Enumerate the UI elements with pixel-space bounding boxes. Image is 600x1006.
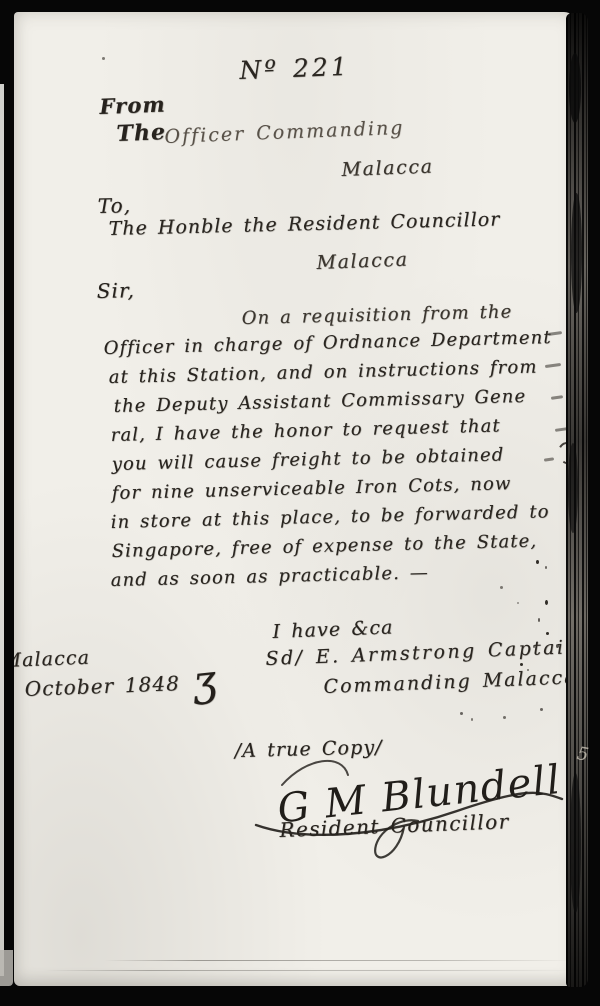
scanned-letter-screenshot: { "document": { "number": "Nº 221", "hea… [0,0,600,1006]
ink-speck [517,602,519,604]
edge-shadow-blob [570,773,581,913]
ink-speck [538,618,540,622]
book-fore-edge [566,13,588,987]
from-place: Malacca [341,155,434,181]
page-crease [44,970,574,971]
body-line: the Deputy Assistant Commissary Gene [113,386,526,417]
dateline-date: October 1848 [24,671,180,701]
body-line: in store at this place, to be forwarded … [110,501,549,533]
body-line: Officer in charge of Ordnance Department [103,327,551,359]
ink-speck [545,566,547,569]
bleed-mark [551,395,563,400]
edge-shadow-blob [571,193,582,313]
ink-speck [540,708,543,711]
edge-shadow-blob [569,53,581,123]
adjacent-page-corner [0,950,13,986]
ink-speck [546,632,549,635]
body-line: at this Station, and on instructions fro… [108,357,537,388]
ink-speck [500,586,503,589]
body-line: ral, I have the honor to request that [110,415,501,446]
ink-speck [527,669,529,671]
body-line: and as soon as practicable. — [110,562,429,591]
from-article: The [116,119,167,147]
ink-speck [102,57,105,60]
bleed-mark [545,363,561,368]
to-recipient: The Honble the Resident Councillor [108,208,500,240]
ink-speck [536,560,539,564]
to-label: To, [97,193,131,218]
valediction: I have &ca [272,616,394,643]
body-line: Singapore, free of expense to the State, [111,531,537,562]
bleed-mark [548,331,562,336]
edge-shadow-blob [568,443,578,533]
to-place: Malacca [316,248,409,274]
ink-speck [556,644,559,648]
from-label: From [99,91,166,119]
dateline-brace: ʒ [190,655,220,706]
letter-number: Nº 221 [239,52,350,85]
ink-speck [520,663,523,666]
ink-speck [545,600,548,605]
from-title: Officer Commanding [164,117,405,148]
adjacent-page-edge [0,84,4,976]
ink-speck [460,712,463,715]
ink-speck [471,718,473,721]
bleed-mark [544,457,554,461]
signature-flourish: G M Blundell [252,745,570,877]
dateline-place: Malacca [14,647,90,672]
ink-speck [533,645,535,648]
body-line: for nine unserviceable Iron Cots, now [111,473,511,504]
letter-page: Nº 221 From The Officer Commanding Malac… [14,12,576,986]
salutation: Sir, [96,278,135,303]
body-line: you will cause freight to be obtained [111,444,504,475]
signed-title: Commanding Malacca [323,666,576,698]
body-line: On a requisition from the [241,301,512,329]
page-crease [104,960,574,961]
ink-speck [503,716,506,719]
signature-block: G M Blundell [252,745,570,877]
